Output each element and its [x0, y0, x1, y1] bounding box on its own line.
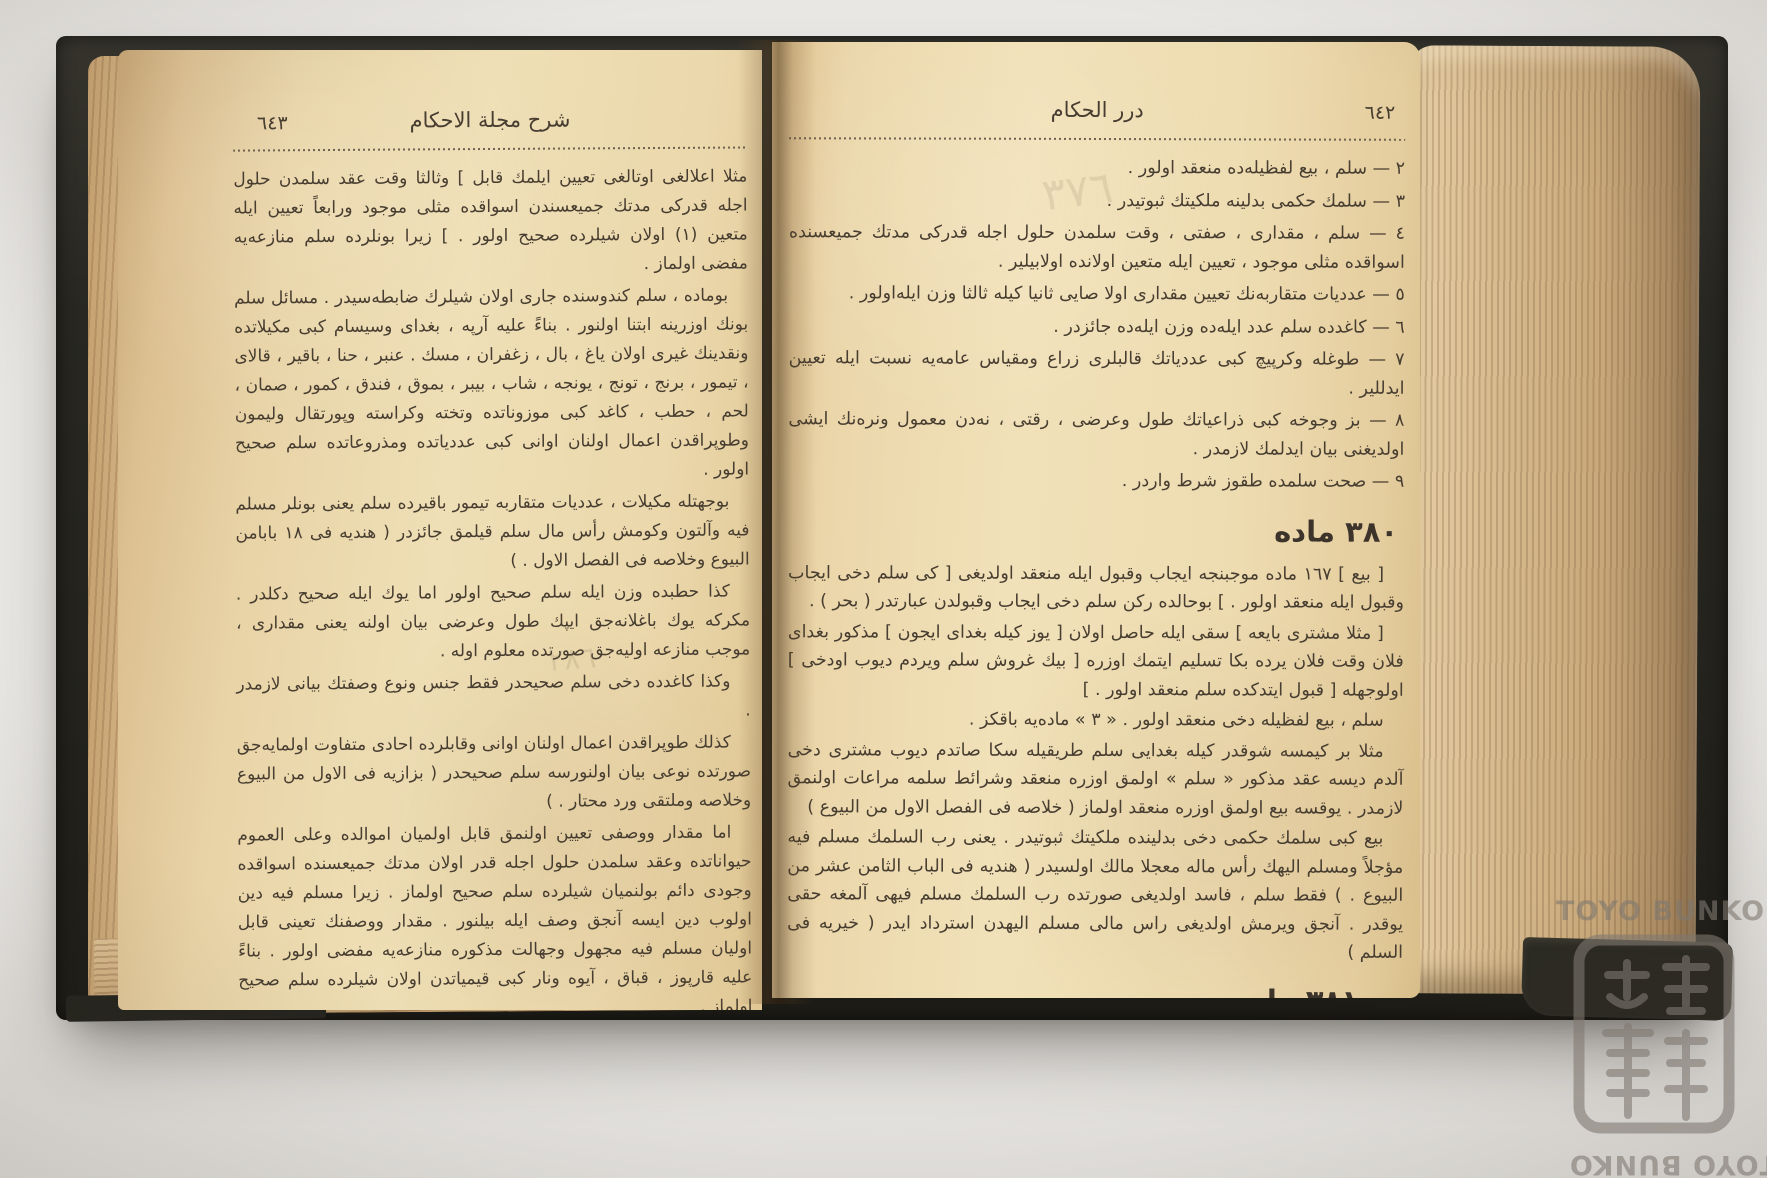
right-page-title: درر الحكام	[789, 97, 1405, 123]
paragraph: كذا حطبده وزن ايله سلم صحيح اولور اما يو…	[236, 577, 751, 667]
left-page-content: شرح مجلة الاحكام ٦٤٣ مثلا اعلالغى اوتالغ…	[233, 106, 753, 1010]
left-page-number: ٦٤٣	[257, 112, 288, 134]
right-page-header: درر الحكام ٦٤٢	[789, 97, 1405, 135]
paragraph: [ بيع ] ١٦٧ ماده موجبنجه ايجاب وقبول ايل…	[788, 559, 1404, 618]
right-page-content: درر الحكام ٦٤٢ ٢ — سلم ، بيع لفظيله‌ده م…	[787, 97, 1406, 998]
left-page-body: مثلا اعلالغى اوتالغى تعيين ايلمك قابل ] …	[233, 162, 752, 1010]
gutter-shadow	[738, 40, 816, 1004]
paragraph: مثلا بر كيمسه شوقدر كيله بغدايى سلم طريق…	[787, 736, 1403, 823]
list-item: ٨ — بز وجوخه كبى ذراعياتك طول وعرضى ، رق…	[788, 405, 1404, 464]
list-item: ٢ — سلم ، بيع لفظيله‌ده منعقد اولور .	[789, 153, 1405, 183]
paragraph: بيع كبى سلمك حكمى دخى بدلينده ملكيتك ثبو…	[787, 823, 1403, 967]
list-item: ٧ — طوغله وكرپيچ كبى عددياتك قالبلرى زرا…	[788, 344, 1404, 403]
paragraph: اما مقدار ووصفى تعيين اولنمق قابل اولميا…	[237, 818, 752, 1010]
left-page: شرح مجلة الاحكام ٦٤٣ مثلا اعلالغى اوتالغ…	[118, 50, 762, 1010]
photo-scene: شرح مجلة الاحكام ٦٤٣ مثلا اعلالغى اوتالغ…	[0, 0, 1767, 1178]
paragraph: كذلك طوپراقدن اعمال اولنان اوانى وقابلرد…	[237, 728, 752, 818]
paragraph: بوماده ، سلم كندوسنده جارى اولان شيلرك ض…	[234, 281, 749, 487]
numbered-list: ٢ — سلم ، بيع لفظيله‌ده منعقد اولور . ٣ …	[788, 153, 1405, 496]
paragraph: وكذا كاغدده دخى سلم صحيحدر فقط جنس ونوع …	[236, 667, 750, 728]
right-page: درر الحكام ٦٤٢ ٢ — سلم ، بيع لفظيله‌ده م…	[772, 42, 1420, 998]
paragraph: مثلا اعلالغى اوتالغى تعيين ايلمك قابل ] …	[233, 162, 748, 281]
article-heading-380: ٣٨٠ ماده	[788, 513, 1398, 549]
list-item: ٤ — سلم ، مقدارى ، صفتى ، وقت سلمدن حلول…	[789, 218, 1405, 277]
list-item: ٣ — سلمك حكمى بدلينه ملكيتك ثبوتيدر .	[789, 186, 1405, 216]
article-380-text: [ بيع ] ١٦٧ ماده موجبنجه ايجاب وقبول ايل…	[787, 559, 1404, 968]
watermark-text-flipped: TOYO BUNKO	[1556, 1149, 1767, 1178]
right-fore-edge	[1404, 45, 1701, 995]
left-page-header: شرح مجلة الاحكام ٦٤٣	[233, 106, 747, 145]
paragraph: سلم ، بيع لفظيله دخى منعقد اولور . « ٣ »…	[788, 705, 1404, 735]
header-rule	[233, 146, 747, 151]
cover-corner-bottom-right	[1521, 937, 1733, 1021]
header-rule	[789, 137, 1405, 141]
paragraph: [ مثلا مشترى بايعه ] سقى ايله حاصل اولان…	[788, 618, 1404, 705]
list-item: ٦ — كاغدده سلم عدد ايله‌ده وزن ايله‌ده ج…	[789, 312, 1405, 342]
article-heading-381: ٣٨١ ماده	[787, 982, 1359, 998]
list-item: ٥ — عدديات متقاربه‌نك تعيين مقدارى اولا …	[789, 279, 1405, 309]
right-page-number: ٦٤٢	[1365, 102, 1396, 124]
list-item: ٩ — صحت سلمده طقوز شرط واردر .	[788, 466, 1404, 496]
right-page-body: ٢ — سلم ، بيع لفظيله‌ده منعقد اولور . ٣ …	[787, 153, 1405, 998]
left-page-title: شرح مجلة الاحكام	[233, 106, 747, 133]
paragraph: بوجهتله مكيلات ، عدديات متقاربه تيمور با…	[235, 487, 750, 577]
